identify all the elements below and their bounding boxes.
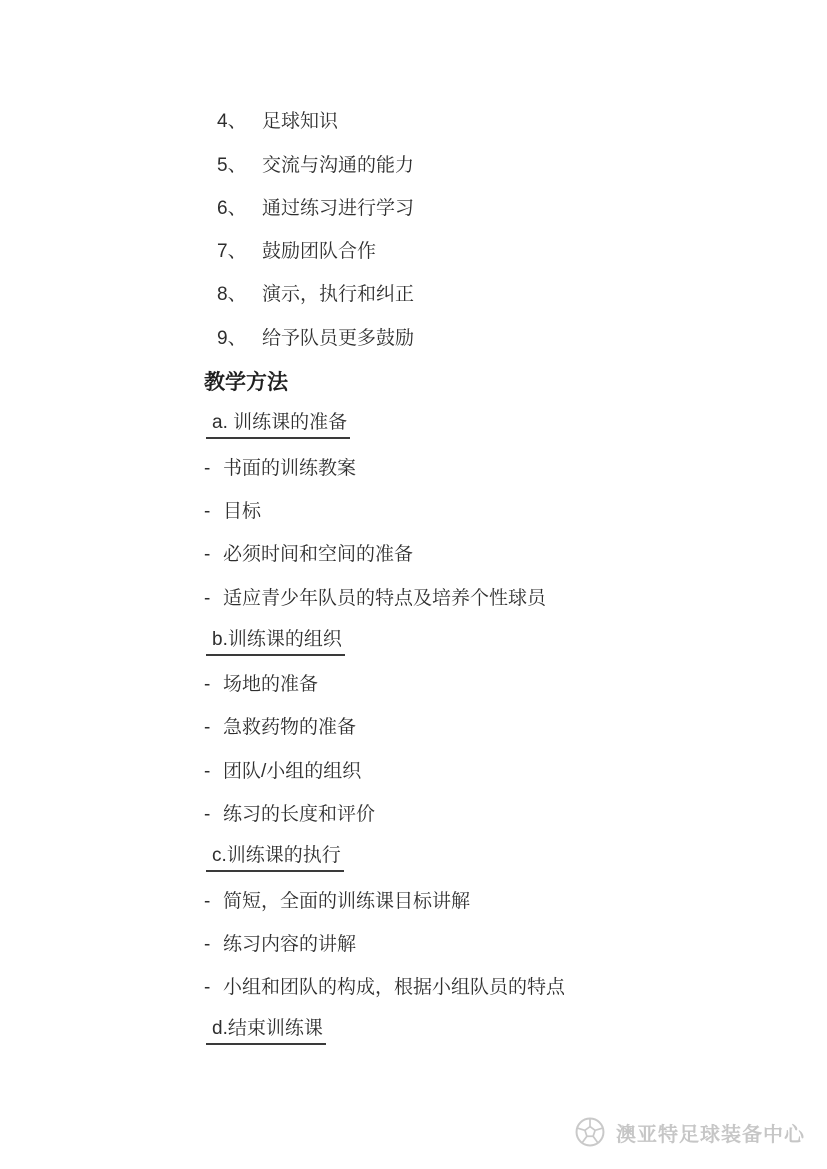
dash-item-text: 小组和团队的构成，根据小组队员的特点: [223, 977, 565, 1000]
numbered-item: 5、交流与沟通的能力: [0, 144, 827, 187]
item-text: 足球知识: [262, 111, 338, 134]
numbered-item: 4、足球知识: [0, 101, 827, 144]
numbered-item: 7、鼓励团队合作: [0, 231, 827, 274]
subsection-heading-text: c.训练课的执行: [206, 845, 344, 872]
dash-item: -书面的训练教案: [0, 447, 827, 490]
dash-item-text: 目标: [223, 501, 261, 524]
dash-item: -急救药物的准备: [0, 707, 827, 750]
subsection-heading-text: a. 训练课的准备: [206, 412, 350, 439]
dash-item: -小组和团队的构成，根据小组队员的特点: [0, 967, 827, 1010]
item-number: 8、: [217, 284, 262, 307]
soccer-ball-icon: [573, 1115, 607, 1149]
document-content: 4、足球知识 5、交流与沟通的能力 6、通过练习进行学习 7、鼓励团队合作 8、…: [0, 0, 827, 1054]
dash-item-text: 练习内容的讲解: [223, 934, 356, 957]
dash-bullet: -: [204, 804, 223, 827]
dash-item-text: 适应青少年队员的特点及培养个性球员: [223, 588, 546, 611]
dash-item-text: 团队/小组的组织: [223, 761, 361, 784]
dash-item: -场地的准备: [0, 664, 827, 707]
dash-bullet: -: [204, 891, 223, 914]
dash-bullet: -: [204, 934, 223, 957]
dash-item: -必须时间和空间的准备: [0, 534, 827, 577]
dash-item-text: 场地的准备: [223, 674, 318, 697]
dash-item-text: 急救药物的准备: [223, 717, 356, 740]
subsection-heading-text: b.训练课的组织: [206, 629, 345, 656]
item-text: 演示，执行和纠正: [262, 284, 414, 307]
dash-bullet: -: [204, 501, 223, 524]
item-text: 给予队员更多鼓励: [262, 328, 414, 351]
item-text: 交流与沟通的能力: [262, 155, 414, 178]
dash-bullet: -: [204, 977, 223, 1000]
dash-bullet: -: [204, 674, 223, 697]
dash-item: -练习的长度和评价: [0, 794, 827, 837]
dash-item: -目标: [0, 491, 827, 534]
item-number: 7、: [217, 241, 262, 264]
dash-item: -适应青少年队员的特点及培养个性球员: [0, 577, 827, 620]
section-heading: 教学方法: [0, 361, 827, 404]
subsection-heading-a: a. 训练课的准备: [0, 404, 827, 447]
dash-item: -团队/小组的组织: [0, 750, 827, 793]
document-page: 4、足球知识 5、交流与沟通的能力 6、通过练习进行学习 7、鼓励团队合作 8、…: [0, 0, 827, 1169]
numbered-item: 9、给予队员更多鼓励: [0, 317, 827, 360]
numbered-item: 6、通过练习进行学习: [0, 188, 827, 231]
dash-bullet: -: [204, 717, 223, 740]
watermark-text: 澳亚特足球装备中心: [616, 1118, 805, 1147]
subsection-heading-text: d.结束训练课: [206, 1018, 326, 1045]
dash-item: -练习内容的讲解: [0, 924, 827, 967]
item-text: 鼓励团队合作: [262, 241, 376, 264]
item-number: 5、: [217, 155, 262, 178]
watermark: 澳亚特足球装备中心: [573, 1115, 805, 1149]
item-text: 通过练习进行学习: [262, 198, 414, 221]
item-number: 6、: [217, 198, 262, 221]
item-number: 9、: [217, 328, 262, 351]
dash-bullet: -: [204, 458, 223, 481]
dash-bullet: -: [204, 588, 223, 611]
dash-item-text: 书面的训练教案: [223, 458, 356, 481]
numbered-item: 8、演示，执行和纠正: [0, 274, 827, 317]
dash-item-text: 简短，全面的训练课目标讲解: [223, 891, 470, 914]
dash-bullet: -: [204, 761, 223, 784]
subsection-heading-d: d.结束训练课: [0, 1010, 827, 1053]
subsection-heading-c: c.训练课的执行: [0, 837, 827, 880]
dash-item: -简短，全面的训练课目标讲解: [0, 880, 827, 923]
dash-item-text: 必须时间和空间的准备: [223, 544, 413, 567]
dash-item-text: 练习的长度和评价: [223, 804, 375, 827]
subsection-heading-b: b.训练课的组织: [0, 621, 827, 664]
dash-bullet: -: [204, 544, 223, 567]
item-number: 4、: [217, 111, 262, 134]
